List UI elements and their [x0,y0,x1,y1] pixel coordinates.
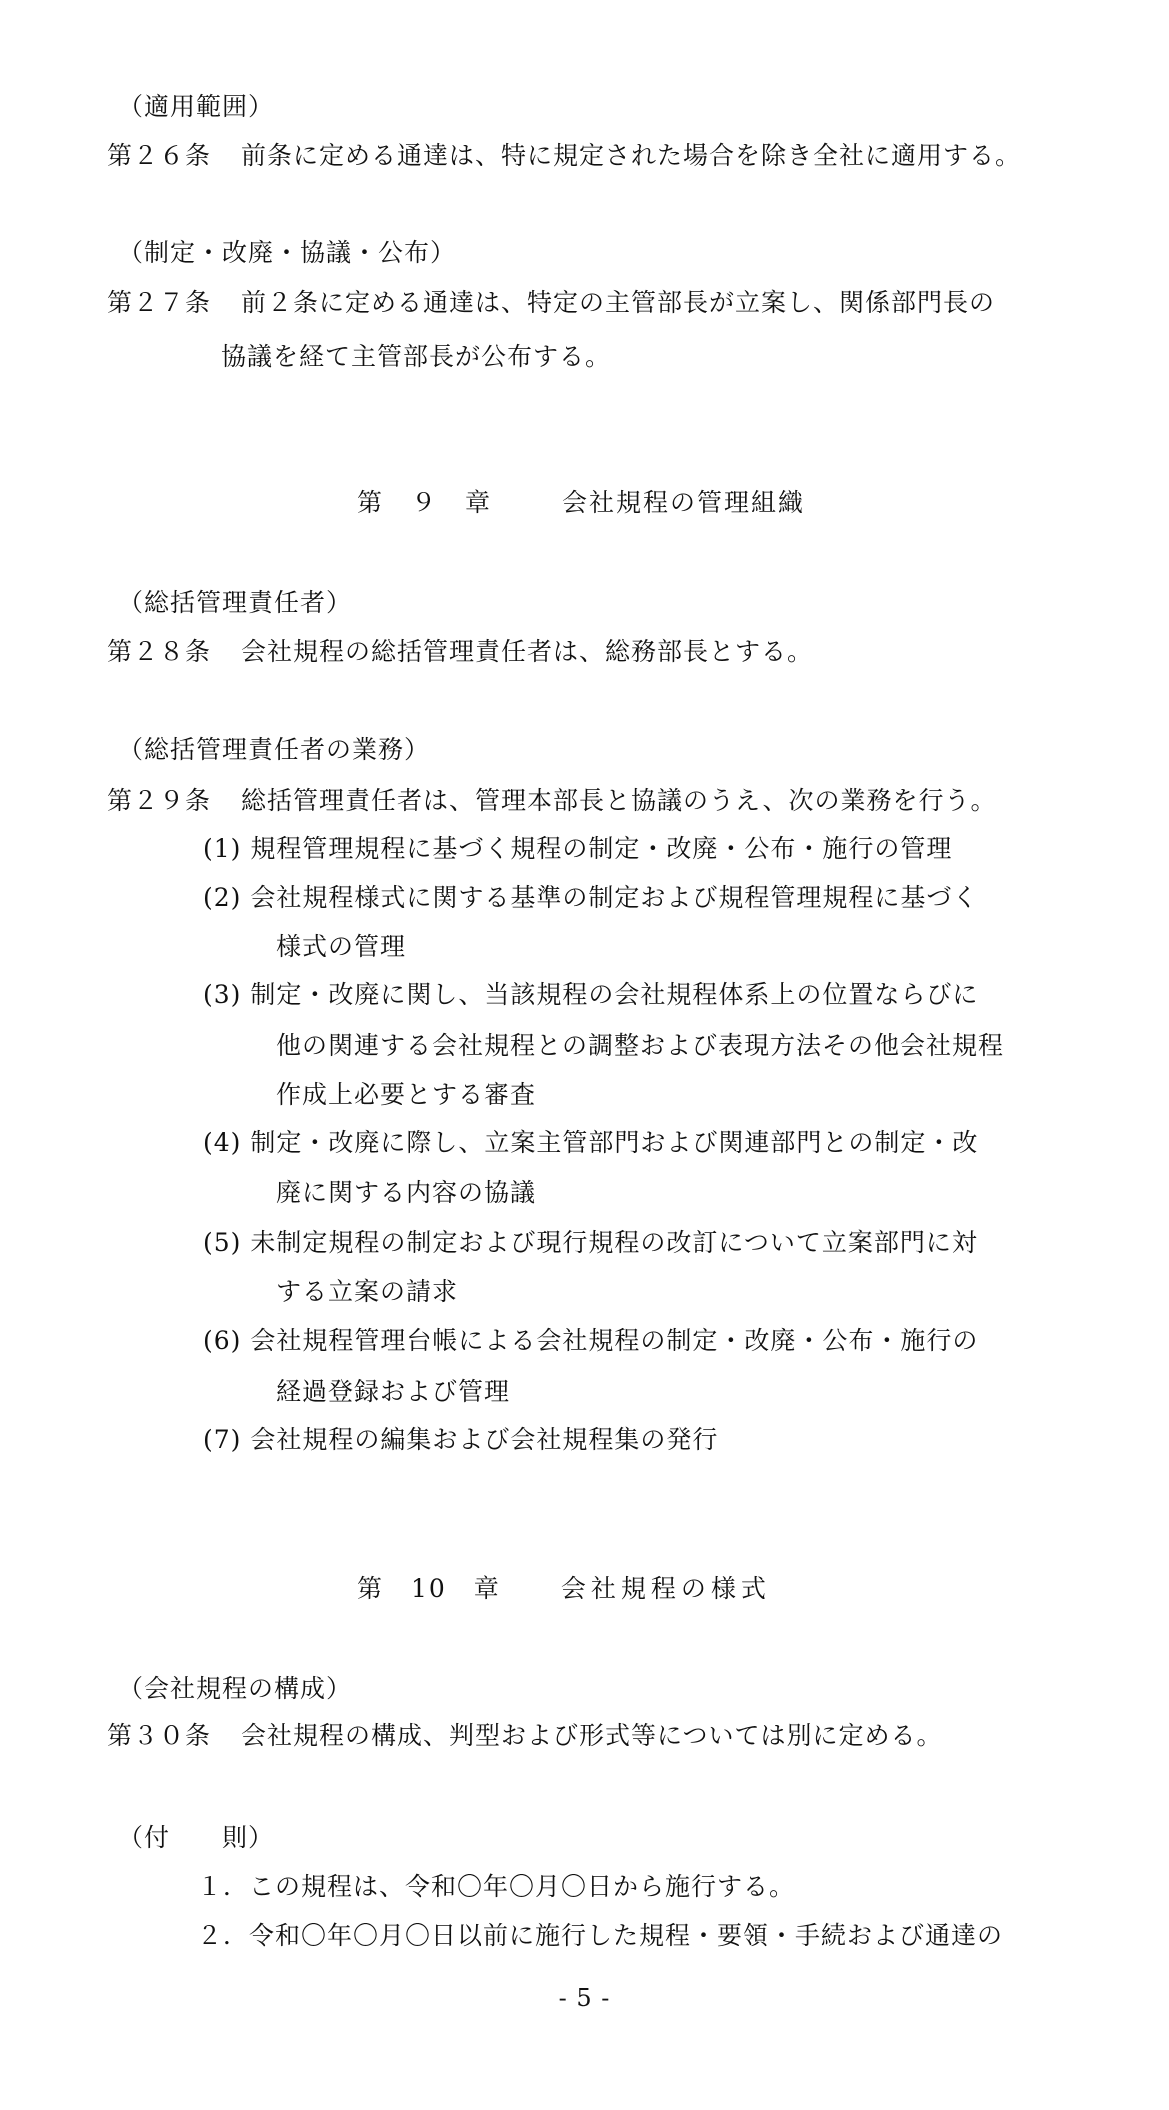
section-heading: （制定・改廃・協議・公布） [118,237,456,269]
list-item: (7) 会社規程の編集および会社規程集の発行 [203,1424,718,1456]
item-text: 規程管理規程に基づく規程の制定・改廃・公布・施行の管理 [250,834,952,863]
article-29: 第２９条総括管理責任者は、管理本部長と協議のうえ、次の業務を行う。 [107,785,997,817]
item-number: (2) [203,883,241,912]
article-28: 第２８条会社規程の総括管理責任者は、総務部長とする。 [107,636,813,668]
chapter-number: 第 ９ 章 [357,488,492,517]
article-text: 総括管理責任者は、管理本部長と協議のうえ、次の業務を行う。 [241,786,997,815]
article-30: 第３０条会社規程の構成、判型および形式等については別に定める。 [107,1720,943,1752]
chapter-number: 第 10 章 [357,1574,501,1603]
item-text: 未制定規程の制定および現行規程の改訂について立案部門に対 [250,1228,978,1257]
item-text-cont: 他の関連する会社規程との調整および表現方法その他会社規程 [276,1030,1004,1062]
item-text: 制定・改廃に関し、当該規程の会社規程体系上の位置ならびに [250,980,978,1009]
supplementary-item: ２．令和〇年〇月〇日以前に施行した規程・要領・手続および通達の [197,1920,1003,1952]
article-text: 前２条に定める通達は、特定の主管部長が立案し、関係部門長の [241,288,995,317]
item-text-cont: 廃に関する内容の協議 [276,1177,536,1209]
list-item: (1) 規程管理規程に基づく規程の制定・改廃・公布・施行の管理 [203,833,952,865]
section-heading: （総括管理責任者） [118,587,352,619]
chapter-10-heading: 第 10 章会社規程の様式 [357,1573,771,1605]
item-number: (5) [203,1228,241,1257]
item-text: 制定・改廃に際し、立案主管部門および関連部門との制定・改 [250,1128,978,1157]
item-number: (6) [203,1326,241,1355]
supplementary-heading: （付 則） [118,1822,274,1854]
article-text: 会社規程の構成、判型および形式等については別に定める。 [241,1721,943,1750]
article-27: 第２７条前２条に定める通達は、特定の主管部長が立案し、関係部門長の [107,287,995,319]
chapter-9-heading: 第 ９ 章会社規程の管理組織 [357,487,805,519]
item-text: 会社規程の編集および会社規程集の発行 [250,1425,718,1454]
list-item: (6) 会社規程管理台帳による会社規程の制定・改廃・公布・施行の [203,1325,978,1357]
item-number: ２． [197,1921,249,1950]
section-heading: （総括管理責任者の業務） [118,734,430,766]
item-number: (1) [203,834,241,863]
item-number: (4) [203,1128,241,1157]
chapter-title: 会社規程の様式 [561,1574,771,1603]
list-item: (3) 制定・改廃に関し、当該規程の会社規程体系上の位置ならびに [203,979,978,1011]
item-text-cont: 様式の管理 [276,931,406,963]
article-text: 会社規程の総括管理責任者は、総務部長とする。 [241,637,813,666]
item-text-cont: 経過登録および管理 [276,1376,510,1408]
item-text-cont: する立案の請求 [276,1276,458,1308]
article-number: 第２９条 [107,786,211,815]
section-heading: （適用範囲） [118,91,274,123]
item-number: (3) [203,980,241,1009]
section-heading: （会社規程の構成） [118,1673,352,1705]
article-number: 第２６条 [107,141,211,170]
item-number: １． [197,1872,249,1901]
item-text-cont: 作成上必要とする審査 [276,1079,536,1111]
item-text: 会社規程様式に関する基準の制定および規程管理規程に基づく [250,883,978,912]
item-text: この規程は、令和〇年〇月〇日から施行する。 [249,1872,795,1901]
article-number: 第２８条 [107,637,211,666]
item-text: 会社規程管理台帳による会社規程の制定・改廃・公布・施行の [250,1326,978,1355]
page-number: - 5 - [0,1982,1169,2014]
article-number: 第３０条 [107,1721,211,1750]
article-text-cont: 協議を経て主管部長が公布する。 [221,341,611,373]
list-item: (2) 会社規程様式に関する基準の制定および規程管理規程に基づく [203,882,978,914]
list-item: (5) 未制定規程の制定および現行規程の改訂について立案部門に対 [203,1227,978,1259]
supplementary-item: １．この規程は、令和〇年〇月〇日から施行する。 [197,1871,795,1903]
item-number: (7) [203,1425,241,1454]
chapter-title: 会社規程の管理組織 [562,488,805,517]
article-number: 第２７条 [107,288,211,317]
item-text: 令和〇年〇月〇日以前に施行した規程・要領・手続および通達の [249,1921,1003,1950]
article-26: 第２６条前条に定める通達は、特に規定された場合を除き全社に適用する。 [107,140,1021,172]
list-item: (4) 制定・改廃に際し、立案主管部門および関連部門との制定・改 [203,1127,978,1159]
article-text: 前条に定める通達は、特に規定された場合を除き全社に適用する。 [241,141,1021,170]
